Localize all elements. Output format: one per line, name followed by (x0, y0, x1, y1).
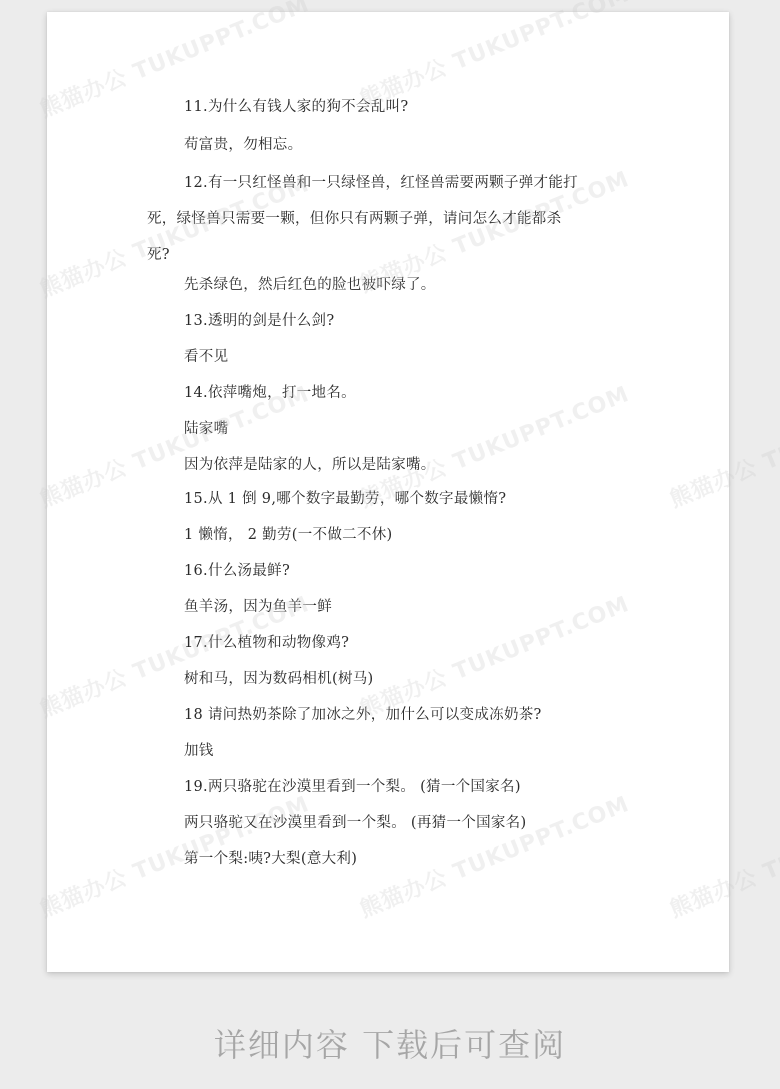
line-q19-part2: 两只骆驼又在沙漠里看到一个梨。 (再猜一个国家名) (184, 814, 526, 832)
line-q16: 16.什么汤最鲜? (184, 562, 290, 580)
line-a15: 1 懒惰， 2 勤劳(一不做二不休) (184, 526, 393, 544)
line-q19: 19.两只骆驼在沙漠里看到一个梨。 (猜一个国家名) (184, 778, 521, 796)
line-q17: 17.什么植物和动物像鸡? (184, 634, 349, 652)
download-hint: 详细内容 下载后可查阅 (0, 1020, 780, 1066)
line-q18: 18 请问热奶茶除了加冰之外，加什么可以变成冻奶茶? (184, 706, 542, 724)
line-q12: 12.有一只红怪兽和一只绿怪兽，红怪兽需要两颗子弹才能打 (184, 174, 578, 192)
line-a16: 鱼羊汤，因为鱼羊一鲜 (184, 598, 332, 616)
line-a18: 加钱 (184, 742, 214, 760)
line-a14-explain: 因为依萍是陆家的人，所以是陆家嘴。 (184, 456, 436, 474)
line-a14: 陆家嘴 (184, 420, 228, 438)
line-a12: 先杀绿色，然后红色的脸也被吓绿了。 (184, 276, 436, 294)
line-q13: 13.透明的剑是什么剑? (184, 312, 334, 330)
line-q15: 15.从 1 倒 9,哪个数字最勤劳，哪个数字最懒惰? (184, 490, 506, 508)
line-a11: 苟富贵，勿相忘。 (184, 136, 302, 154)
line-q12-cont1: 死，绿怪兽只需要一颗，但你只有两颗子弹，请问怎么才能都杀 (147, 210, 561, 228)
line-q12-cont2: 死? (147, 246, 170, 264)
line-q11: 11.为什么有钱人家的狗不会乱叫? (184, 98, 408, 116)
line-q14: 14.依萍嘴炮，打一地名。 (184, 384, 356, 402)
line-a19: 第一个梨:咦?大梨(意大利) (184, 850, 357, 868)
line-a17: 树和马，因为数码相机(树马) (184, 670, 374, 688)
line-a13: 看不见 (184, 348, 228, 366)
